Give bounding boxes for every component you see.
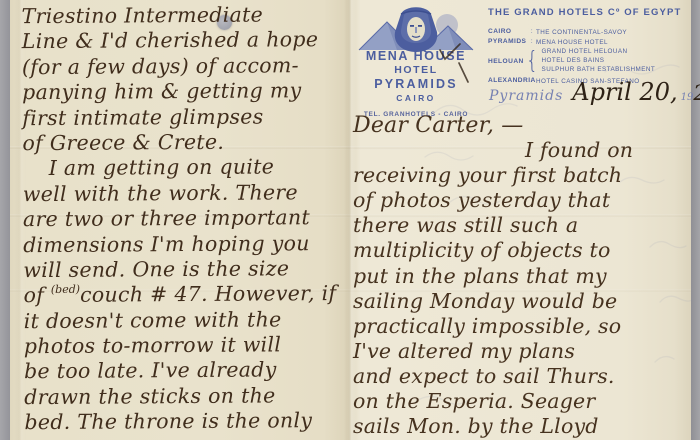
hotel-city: CAIRO — [488, 28, 528, 36]
handwritten-line: (for a few days) of accom- — [22, 53, 358, 81]
handwritten-line: sails Mon. by the Lloyd — [353, 414, 693, 439]
scan-edge-left — [0, 0, 10, 440]
pen-check-mark — [428, 40, 480, 86]
hotel-list-row: HELOUAN { GRAND HOTEL HELOUAN HOTEL DES … — [488, 48, 700, 75]
handwritten-line: receiving your first batch — [353, 163, 693, 188]
handwritten-line: be too late. I've already — [24, 357, 360, 385]
handwritten-line: will send. One is the size — [23, 256, 359, 284]
hotel-city: PYRAMIDS — [488, 38, 528, 46]
handwritten-line: Triestino Intermediate — [21, 2, 357, 30]
handwritten-line: put in the plans that my — [353, 264, 693, 289]
handwritten-line: drawn the sticks on the — [24, 383, 360, 411]
hotel-city: HELOUAN — [488, 58, 528, 66]
printed-place-name: Pyramids — [489, 88, 563, 104]
handwritten-line: Line & I'd cherished a hope — [22, 27, 358, 55]
handwritten-line: panying him & getting my — [22, 78, 358, 106]
handwritten-line-with-insertion: of (bed)couch # 47. However, if — [23, 281, 359, 309]
dateline: Pyramids April 20, 19 23 — [489, 78, 700, 106]
handwritten-year: 23 — [693, 81, 700, 105]
line-fragment: couch # 47. However, if — [80, 281, 336, 307]
handwritten-line: I am getting on quite — [23, 154, 359, 182]
salutation: Dear Carter, — — [353, 113, 693, 138]
company-name: THE GRAND HOTELS Cº OF EGYPT — [488, 7, 700, 18]
handwritten-line: and expect to sail Thurs. — [353, 364, 693, 389]
handwritten-line: first intimate glimpses — [22, 103, 358, 131]
hotel-list: CAIRO : THE CONTINENTAL-SAVOY PYRAMIDS :… — [488, 28, 700, 85]
right-page-body: Dear Carter, — I found on receiving your… — [353, 113, 693, 439]
hotel-name: THE CONTINENTAL-SAVOY — [536, 28, 627, 36]
letter-scan: { "colors": { "scan_background": "#9b9b9… — [0, 0, 700, 440]
hotel-separator: : — [528, 38, 536, 46]
handwritten-line: of photos yesterday that — [353, 188, 693, 213]
handwritten-line: multiplicity of objects to — [353, 238, 693, 263]
handwritten-line: I found on — [353, 138, 693, 163]
brace-glyph: { — [526, 57, 539, 66]
handwritten-line: of Greece & Crete. — [22, 129, 358, 157]
handwritten-line: there was still such a — [353, 213, 693, 238]
handwritten-line: dimensions I'm hoping you — [23, 230, 359, 258]
interlinear-insertion: (bed) — [51, 283, 80, 296]
handwritten-line: are two or three important — [23, 205, 359, 233]
handwritten-line: it doesn't come with the — [24, 307, 360, 335]
handwritten-line: bed. The throne is the only — [24, 408, 360, 436]
letterhead-company-block: THE GRAND HOTELS Cº OF EGYPT CAIRO : THE… — [488, 7, 700, 87]
hotel-list-row: PYRAMIDS : MENA HOUSE HOTEL — [488, 38, 700, 46]
printed-year-prefix: 19 — [681, 92, 694, 103]
left-page-body: Triestino Intermediate Line & I'd cheris… — [21, 2, 360, 436]
handwritten-line: photos to-morrow it will — [24, 332, 360, 360]
hotel-name: MENA HOUSE HOTEL — [536, 38, 608, 46]
logo-city: CAIRO — [352, 93, 480, 103]
hotel-separator: : — [528, 28, 536, 36]
letter-sheet: Triestino Intermediate Line & I'd cheris… — [10, 0, 691, 440]
hotel-name: HOTEL DES BAINS — [542, 57, 656, 65]
handwritten-line: practically impossible, so — [353, 314, 693, 339]
handwritten-line: on the Esperia. Seager — [353, 389, 693, 414]
hotel-name: GRAND HOTEL HELOUAN — [542, 48, 656, 56]
hotel-name-stack: GRAND HOTEL HELOUAN HOTEL DES BAINS SULP… — [542, 48, 656, 75]
handwritten-date: April 20, — [572, 78, 677, 106]
line-fragment: of — [23, 283, 51, 307]
hotel-name: SULPHUR BATH ESTABLISHMENT — [542, 66, 656, 74]
handwritten-line: sailing Monday would be — [353, 289, 693, 314]
handwritten-line: I've altered my plans — [353, 339, 693, 364]
handwritten-line: well with the work. There — [23, 180, 359, 208]
hotel-list-row: CAIRO : THE CONTINENTAL-SAVOY — [488, 28, 700, 36]
